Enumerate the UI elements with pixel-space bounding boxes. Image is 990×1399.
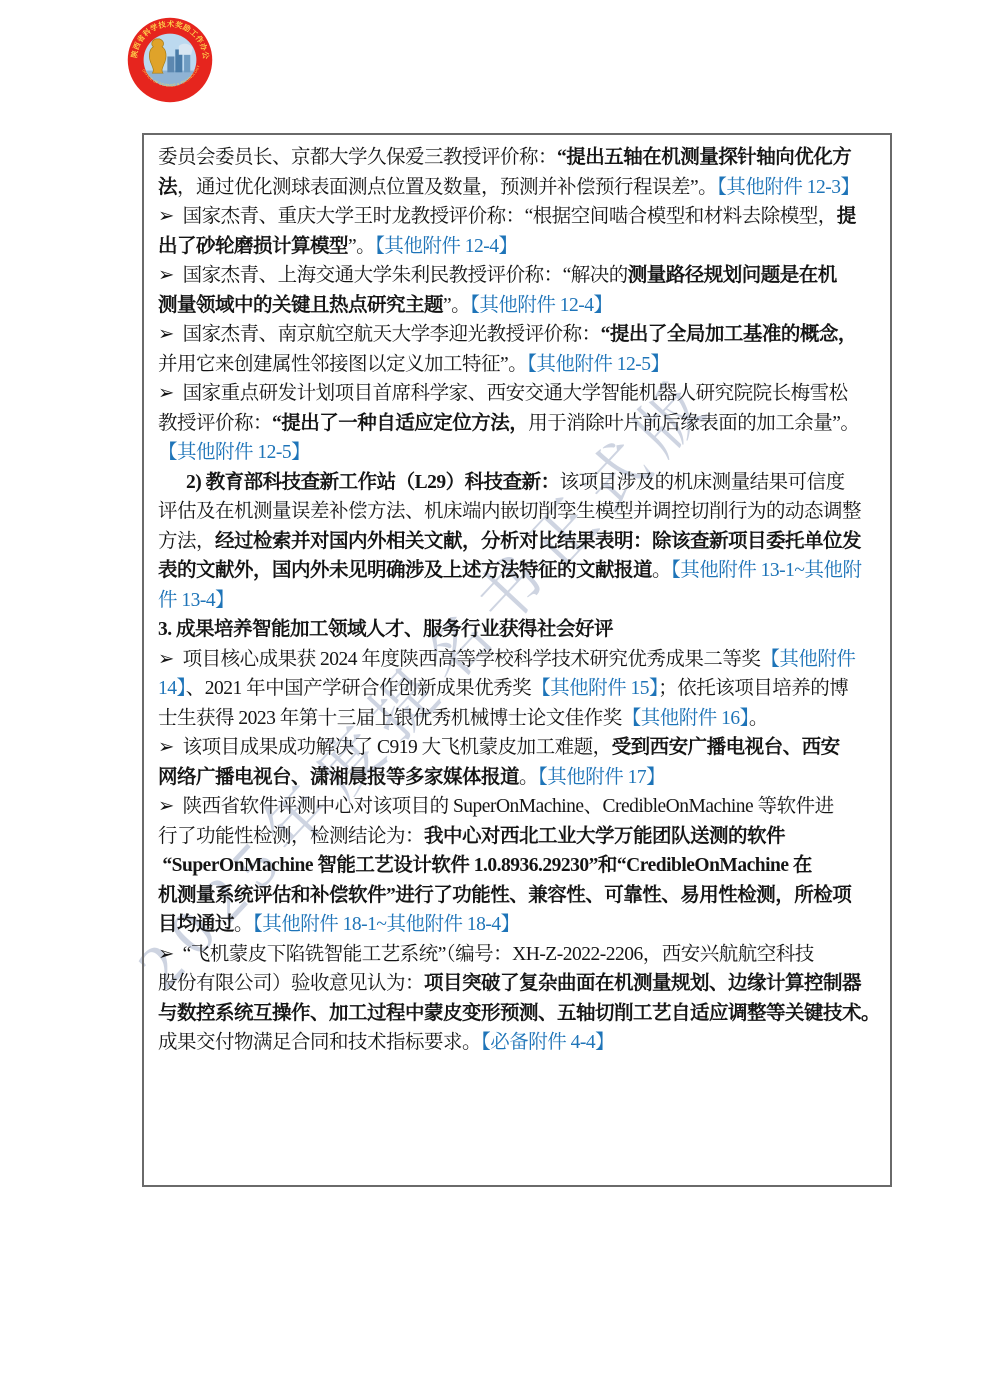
text-line: ➢ 该项目成果成功解决了 C919 大飞机蒙皮加工难题，受到西安广播电视台、西安: [158, 733, 880, 763]
text-segment: 网络广播电视台、潇湘晨报等多家媒体报道: [158, 767, 519, 788]
text-line: 教授评价称：“提出了一种自适应定位方法，用于消除叶片前后缘表面的加工余量”。: [158, 409, 880, 439]
text-line: 网络广播电视台、潇湘晨报等多家媒体报道。【其他附件 17】: [158, 763, 880, 793]
text-segment: 我中心对西北工业大学万能团队送测的软件: [424, 826, 785, 847]
text-line: 机测量系统评估和补偿软件”进行了功能性、兼容性、可靠性、易用性检测，所检项: [158, 881, 880, 911]
text-line: ➢ 陕西省软件评测中心对该项目的 SuperOnMachine、Credible…: [158, 792, 880, 822]
text-line: “SuperOnMachine 智能工艺设计软件 1.0.8936.29230”…: [158, 851, 880, 881]
text-segment: 成果交付物满足合同和技术指标要求。: [158, 1032, 481, 1053]
text-segment: ➢ “飞机蒙皮下陷铣智能工艺系统”（编号：XH-Z-2022-2206，西安兴航…: [158, 944, 814, 965]
text-line: 评估及在机测量误差补偿方法、机床端内嵌切削孪生模型并调控切削行为的动态调整: [158, 497, 880, 527]
text-line: ➢ 国家杰青、重庆大学王时龙教授评价称：“根据空间啮合模型和材料去除模型，提: [158, 202, 880, 232]
text-segment: 并用它来创建属性邻接图以定义加工特征”。: [158, 354, 527, 375]
text-line: 与数控系统互操作、加工过程中蒙皮变形预测、五轴切削工艺自适应调整等关键技术。: [158, 999, 880, 1029]
text-line: 件 13-4】: [158, 586, 880, 616]
text-segment: 。: [749, 708, 768, 729]
text-segment: 3. 成果培养智能加工领域人才、服务行业获得社会好评: [158, 619, 613, 640]
text-segment: 用于消除叶片前后缘表面的加工余量”。: [528, 413, 859, 434]
text-line: ➢ 国家重点研发计划项目首席科学家、西安交通大学智能机器人研究院院长梅雪松: [158, 379, 880, 409]
attachment-ref: 【其他附件 15】: [531, 678, 658, 699]
text-line: 并用它来创建属性邻接图以定义加工特征”。【其他附件 12-5】: [158, 350, 880, 380]
attachment-ref: 【其他附件 13-1~其他附: [671, 560, 861, 581]
attachment-ref: 件 13-4】: [158, 590, 234, 611]
text-segment: ➢ 该项目成果成功解决了 C919 大飞机蒙皮加工难题，: [158, 737, 612, 758]
attachment-ref: 【其他附件 12-3】: [717, 177, 859, 198]
document-table: 委员会委员长、京都大学久保爱三教授评价称：“提出五轴在机测量探针轴向优化方法，通…: [142, 133, 892, 1187]
attachment-ref: 14】: [158, 678, 186, 699]
text-line: ➢ 项目核心成果获 2024 年度陕西高等学校科学技术研究优秀成果二等奖【其他附…: [158, 645, 880, 675]
building-icon: [184, 55, 190, 73]
text-line: 出了砂轮磨损计算模型”。【其他附件 12-4】: [158, 232, 880, 262]
text-segment: 股份有限公司）验收意见认为：: [158, 973, 424, 994]
text-line: 测量领域中的关键且热点研究主题”。【其他附件 12-4】: [158, 291, 880, 321]
text-segment: 测量领域中的关键且热点研究主题: [158, 295, 443, 316]
page: { "logo": { "ring_color": "#e6251e", "ri…: [0, 0, 990, 1399]
text-segment: “SuperOnMachine 智能工艺设计软件 1.0.8936.29230”…: [158, 855, 812, 876]
attachment-ref: 【其他附件 17】: [538, 767, 665, 788]
text-line: ➢ 国家杰青、南京航空航天大学李迎光教授评价称：“提出了全局加工基准的概念，: [158, 320, 880, 350]
text-line: 法，通过优化测球表面测点位置及数量，预测并补偿预行程误差”。【其他附件 12-3…: [158, 173, 880, 203]
text-segment: 受到西安广播电视台、西安: [612, 737, 840, 758]
text-segment: 该项目涉及的机床测量结果可信度: [560, 472, 845, 493]
text-segment: 经过检索并对国内外相关文献，分析对比结果表明：除该查新项目委托单位发: [215, 531, 861, 552]
text-segment: 机测量系统评估和补偿软件”进行了功能性、兼容性、可靠性、易用性检测，所检项: [158, 885, 851, 906]
text-segment: ；依托该项目培养的博: [658, 678, 848, 699]
text-line: ➢ 国家杰青、上海交通大学朱利民教授评价称：“解决的测量路径规划问题是在机: [158, 261, 880, 291]
text-segment: ”。: [443, 295, 470, 316]
text-segment: 测量路径规划问题是在机: [628, 265, 837, 286]
text-segment: 法: [158, 177, 177, 198]
text-segment: ”。: [348, 236, 375, 257]
text-segment: 表的文献外，国内外未见明确涉及上述方法特征的文献报道: [158, 560, 652, 581]
text-line: 3. 成果培养智能加工领域人才、服务行业获得社会好评: [158, 615, 880, 645]
text-segment: 提: [837, 206, 856, 227]
text-line: 14】、2021 年中国产学研合作创新成果优秀奖【其他附件 15】；依托该项目培…: [158, 674, 880, 704]
text-segment: 委员会委员长、京都大学久保爱三教授评价称：: [158, 147, 557, 168]
text-segment: ，通过优化测球表面测点位置及数量，预测并补偿预行程误差”。: [177, 177, 717, 198]
text-segment: “提出了一种自适应定位方法，: [272, 413, 528, 434]
text-line: 【其他附件 12-5】: [158, 438, 880, 468]
attachment-ref: 【其他附件: [760, 649, 855, 670]
document-body: 委员会委员长、京都大学久保爱三教授评价称：“提出五轴在机测量探针轴向优化方法，通…: [158, 143, 880, 1058]
building-icon: [167, 56, 174, 72]
text-line: 股份有限公司）验收意见认为：项目突破了复杂曲面在机测量规划、边缘计算控制器: [158, 969, 880, 999]
attachment-ref: 【其他附件 12-5】: [158, 442, 310, 463]
text-segment: 。: [652, 560, 671, 581]
attachment-ref: 【其他附件 12-4】: [375, 236, 517, 257]
text-segment: ➢ 国家杰青、重庆大学王时龙教授评价称：“根据空间啮合模型和材料去除模型，: [158, 206, 837, 227]
text-segment: 2) 教育部科技查新工作站（L29）科技查新：: [186, 472, 560, 493]
text-segment: 出了砂轮磨损计算模型: [158, 236, 348, 257]
text-segment: 行了功能性检测，检测结论为：: [158, 826, 424, 847]
attachment-ref: 【其他附件 16】: [622, 708, 749, 729]
org-logo: 陕西省科学技术奖励工作办公室 OFFICE OF SCIENCE & TECHN…: [126, 16, 214, 104]
text-line: 成果交付物满足合同和技术指标要求。【必备附件 4-4】: [158, 1028, 880, 1058]
text-segment: ➢ 国家杰青、上海交通大学朱利民教授评价称：“解决的: [158, 265, 628, 286]
text-segment: “提出了全局加工基准的概念，: [601, 324, 857, 345]
text-segment: ➢ 国家重点研发计划项目首席科学家、西安交通大学智能机器人研究院院长梅雪松: [158, 383, 848, 404]
text-segment: ➢ 国家杰青、南京航空航天大学李迎光教授评价称：: [158, 324, 601, 345]
text-segment: 评估及在机测量误差补偿方法、机床端内嵌切削孪生模型并调控切削行为的动态调整: [158, 501, 861, 522]
attachment-ref: 【必备附件 4-4】: [481, 1032, 614, 1053]
attachment-ref: 【其他附件 12-4】: [470, 295, 612, 316]
text-segment: ➢ 陕西省软件评测中心对该项目的 SuperOnMachine、Credible…: [158, 796, 834, 817]
text-segment: 。: [234, 914, 253, 935]
text-segment: 、2021 年中国产学研合作创新成果优秀奖: [186, 678, 531, 699]
attachment-ref: 【其他附件 18-1~其他附件 18-4】: [253, 914, 520, 935]
text-line: 目均通过。【其他附件 18-1~其他附件 18-4】: [158, 910, 880, 940]
text-segment: 目均通过: [158, 914, 234, 935]
text-segment: 方法，: [158, 531, 215, 552]
text-line: 士生获得 2023 年第十三届上银优秀机械博士论文佳作奖【其他附件 16】。: [158, 704, 880, 734]
text-segment: 教授评价称：: [158, 413, 272, 434]
attachment-ref: 【其他附件 12-5】: [527, 354, 669, 375]
text-segment: 与数控系统互操作、加工过程中蒙皮变形预测、五轴切削工艺自适应调整等关键技术。: [158, 1003, 880, 1024]
text-line: ➢ “飞机蒙皮下陷铣智能工艺系统”（编号：XH-Z-2022-2206，西安兴航…: [158, 940, 880, 970]
text-segment: 士生获得 2023 年第十三届上银优秀机械博士论文佳作奖: [158, 708, 622, 729]
text-segment: “提出五轴在机测量探针轴向优化方: [557, 147, 851, 168]
text-line: 表的文献外，国内外未见明确涉及上述方法特征的文献报道。【其他附件 13-1~其他…: [158, 556, 880, 586]
org-logo-seal: 陕西省科学技术奖励工作办公室 OFFICE OF SCIENCE & TECHN…: [126, 16, 214, 104]
text-segment: 。: [519, 767, 538, 788]
text-segment: ➢ 项目核心成果获 2024 年度陕西高等学校科学技术研究优秀成果二等奖: [158, 649, 760, 670]
text-line: 方法，经过检索并对国内外相关文献，分析对比结果表明：除该查新项目委托单位发: [158, 527, 880, 557]
text-line: 委员会委员长、京都大学久保爱三教授评价称：“提出五轴在机测量探针轴向优化方: [158, 143, 880, 173]
text-segment: 项目突破了复杂曲面在机测量规划、边缘计算控制器: [424, 973, 861, 994]
text-line: 行了功能性检测，检测结论为：我中心对西北工业大学万能团队送测的软件: [158, 822, 880, 852]
text-line: 2) 教育部科技查新工作站（L29）科技查新：该项目涉及的机床测量结果可信度: [158, 468, 880, 498]
